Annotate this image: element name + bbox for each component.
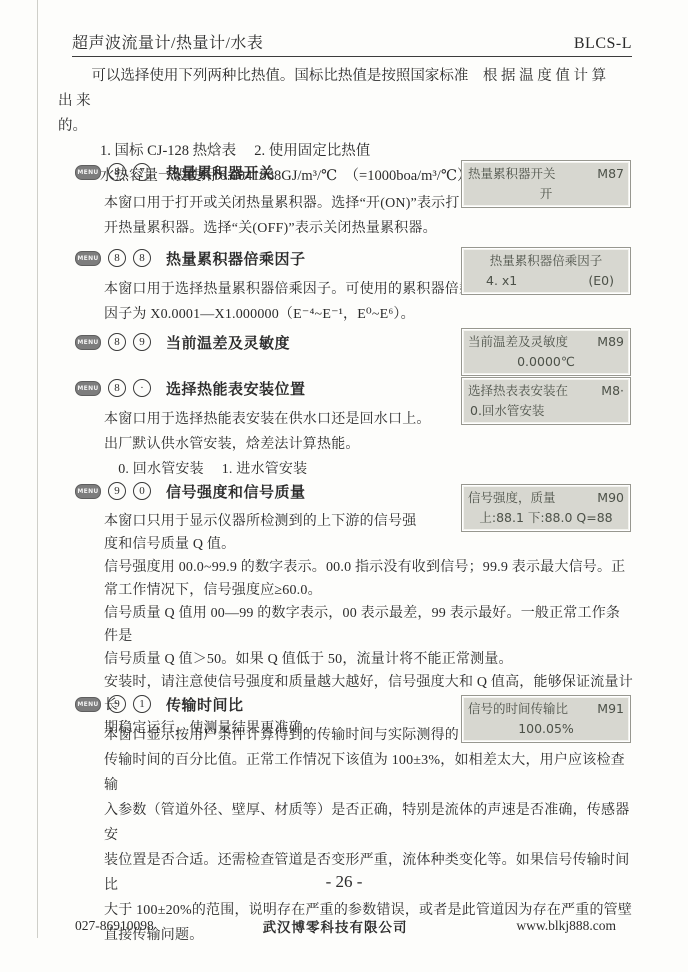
lcd-display-m91: 信号的时间传输比 M91 100.05%: [461, 695, 631, 743]
key-digit-icon: 8: [133, 249, 151, 267]
lcd-title: 信号的时间传输比: [468, 699, 568, 719]
lcd-screen: 信号的时间传输比 M91 100.05%: [464, 698, 628, 740]
lcd-display-m88: 热量累积器倍乘因子 4. x1 (E0): [461, 247, 631, 295]
menu-key-icon: MENU: [75, 697, 101, 712]
lcd-menu-number: M87: [597, 164, 624, 184]
section-title: 热量累积器倍乘因子: [166, 248, 306, 269]
lcd-value: 100.05%: [468, 719, 624, 739]
key-digit-icon: 7: [133, 163, 151, 181]
key-digit-icon: 8: [108, 333, 126, 351]
key-digit-icon: 1: [133, 695, 151, 713]
key-dot-icon: ·: [133, 379, 151, 397]
key-digit-icon: 8: [108, 379, 126, 397]
lcd-value-secondary: (E0): [588, 271, 614, 291]
lcd-display-m89: 当前温差及灵敏度 M89 0.0000℃: [461, 328, 631, 376]
page-footer: 027-86910098 武汉博零科技有限公司 www.blkj888.com: [75, 916, 616, 936]
lcd-menu-number: M91: [597, 699, 624, 719]
lcd-title: 信号强度，质量: [468, 488, 556, 508]
section-title: 当前温差及灵敏度: [166, 332, 290, 353]
footer-phone: 027-86910098: [75, 918, 154, 934]
scan-edge-line: [37, 0, 38, 938]
lcd-title: 选择热表表安装在: [468, 381, 568, 401]
lcd-display-m8dot: 选择热表表安装在 M8· 0.回水管安装: [461, 377, 631, 425]
key-digit-icon: 9: [133, 333, 151, 351]
section-title: 传输时间比: [166, 694, 244, 715]
intro-paragraph: 可以选择使用下列两种比热值。国标比热值是按照国家标准 根 据 温 度 值 计 算…: [58, 64, 624, 139]
lcd-screen: 热量累积器倍乘因子 4. x1 (E0): [464, 250, 628, 292]
lcd-value: 0.0000℃: [468, 352, 624, 372]
lcd-value: 开: [468, 184, 624, 204]
lcd-title: 当前温差及灵敏度: [468, 332, 568, 352]
menu-key-icon: MENU: [75, 381, 101, 396]
footer-website: www.blkj888.com: [516, 918, 616, 934]
lcd-display-m90: 信号强度，质量 M90 上:88.1 下:88.0 Q=88: [461, 484, 631, 532]
lcd-title: 热量累积器开关: [468, 164, 556, 184]
header-title: 超声波流量计/热量计/水表: [72, 30, 263, 53]
lcd-screen: 当前温差及灵敏度 M89 0.0000℃: [464, 331, 628, 373]
menu-key-icon: MENU: [75, 165, 101, 180]
key-digit-icon: 0: [133, 482, 151, 500]
key-digit-icon: 8: [108, 249, 126, 267]
header-model: BLCS-L: [574, 35, 632, 53]
key-digit-icon: 8: [108, 163, 126, 181]
page-header: 超声波流量计/热量计/水表 BLCS-L: [72, 30, 632, 57]
lcd-value: 上:88.1 下:88.0 Q=88: [468, 508, 624, 528]
footer-company: 武汉博零科技有限公司: [263, 916, 408, 936]
section-body: 本窗口显示按用户条件计算得到的传输时间与实际测得的 传输时间的百分比值。正常工作…: [104, 723, 633, 948]
lcd-screen: 热量累积器开关 M87 开: [464, 163, 628, 205]
lcd-screen: 选择热表表安装在 M8· 0.回水管安装: [464, 380, 628, 422]
lcd-screen: 信号强度，质量 M90 上:88.1 下:88.0 Q=88: [464, 487, 628, 529]
key-digit-icon: 9: [108, 482, 126, 500]
lcd-menu-number: M89: [597, 332, 624, 352]
menu-key-icon: MENU: [75, 335, 101, 350]
lcd-menu-number: M90: [597, 488, 624, 508]
section-title: 选择热能表安装位置: [166, 378, 306, 399]
page-number: - 26 -: [0, 872, 688, 892]
section-title: 热量累积器开关: [166, 162, 275, 183]
lcd-display-m87: 热量累积器开关 M87 开: [461, 160, 631, 208]
menu-key-icon: MENU: [75, 251, 101, 266]
key-digit-icon: 9: [108, 695, 126, 713]
manual-page: 超声波流量计/热量计/水表 BLCS-L 可以选择使用下列两种比热值。国标比热值…: [0, 0, 688, 972]
menu-key-icon: MENU: [75, 484, 101, 499]
lcd-title: 热量累积器倍乘因子: [490, 251, 603, 271]
lcd-value: 0.回水管安装: [468, 401, 624, 421]
lcd-menu-number: M8·: [601, 381, 624, 401]
lcd-value: 4. x1: [486, 271, 517, 291]
section-title: 信号强度和信号质量: [166, 481, 306, 502]
